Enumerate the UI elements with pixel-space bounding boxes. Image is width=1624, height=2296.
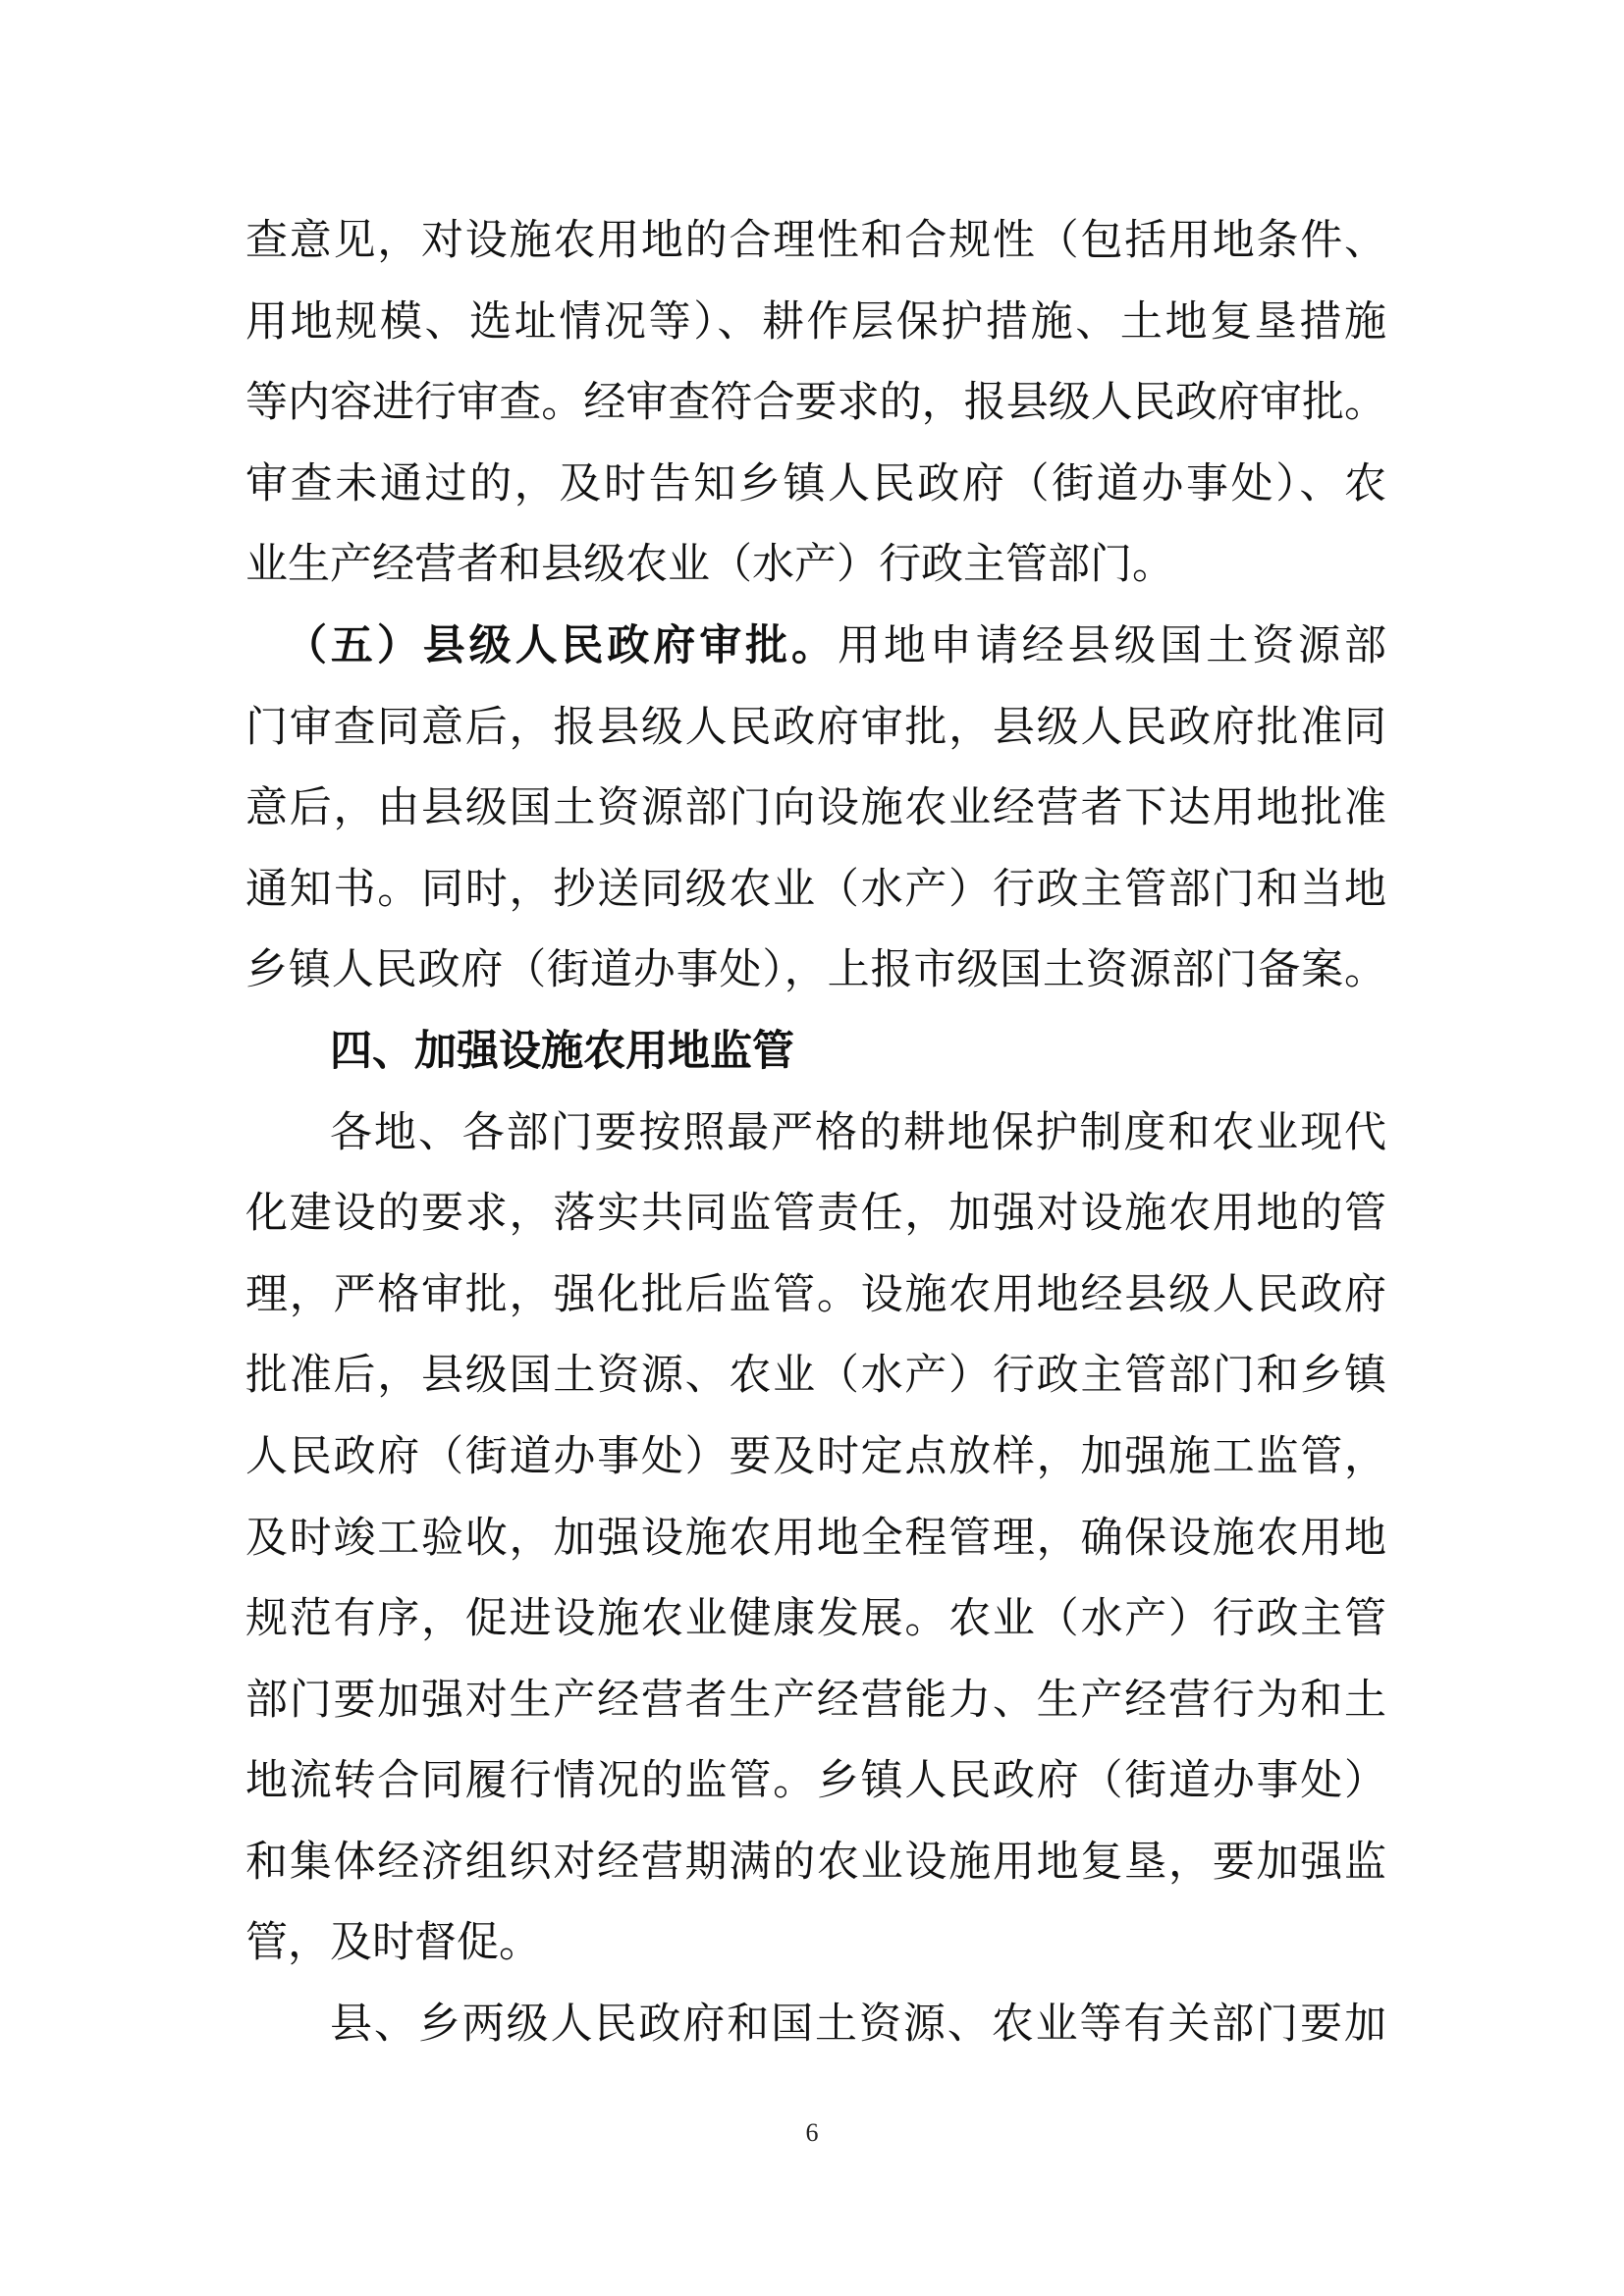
document-body: 查意见，对设施农用地的合理性和合规性（包括用地条件、 用地规模、选址情况等）、耕… [245, 209, 1386, 2074]
text-line: 管，及时督促。 [245, 1911, 1386, 1993]
text-line: 理，严格审批，强化批后监管。设施农用地经县级人民政府 [245, 1263, 1386, 1345]
text-line: 规范有序，促进设施农业健康发展。农业（水产）行政主管 [245, 1587, 1386, 1669]
text-line: 意后，由县级国土资源部门向设施农业经营者下达用地批准 [245, 776, 1386, 858]
text-line: 审查未通过的，及时告知乡镇人民政府（街道办事处）、农 [245, 453, 1386, 534]
section-five-lead-line: （五）县级人民政府审批。用地申请经县级国土资源部 [245, 614, 1386, 696]
text-line: 地流转合同履行情况的监管。乡镇人民政府（街道办事处） [245, 1749, 1386, 1831]
text-line: 化建设的要求，落实共同监管责任，加强对设施农用地的管 [245, 1182, 1386, 1263]
text-line: 查意见，对设施农用地的合理性和合规性（包括用地条件、 [245, 209, 1386, 291]
section-heading-four: 四、加强设施农用地监管 [245, 1020, 1386, 1101]
paragraph-first-line: 县、乡两级人民政府和国土资源、农业等有关部门要加 [245, 1993, 1386, 2074]
text-line: 通知书。同时，抄送同级农业（水产）行政主管部门和当地 [245, 858, 1386, 939]
page-number: 6 [0, 2118, 1624, 2148]
text-line: 人民政府（街道办事处）要及时定点放样，加强施工监管， [245, 1425, 1386, 1507]
text-line: 和集体经济组织对经营期满的农业设施用地复垦，要加强监 [245, 1831, 1386, 1912]
text-line: 乡镇人民政府（街道办事处），上报市级国土资源部门备案。 [245, 938, 1386, 1020]
text-line: 部门要加强对生产经营者生产经营能力、生产经营行为和土 [245, 1669, 1386, 1750]
section-five-text: 用地申请经县级国土资源部 [838, 621, 1386, 670]
text-line: 等内容进行审查。经审查符合要求的，报县级人民政府审批。 [245, 371, 1386, 453]
document-page: 查意见，对设施农用地的合理性和合规性（包括用地条件、 用地规模、选址情况等）、耕… [0, 0, 1624, 2296]
text-line: 业生产经营者和县级农业（水产）行政主管部门。 [245, 533, 1386, 614]
text-line: 批准后，县级国土资源、农业（水产）行政主管部门和乡镇 [245, 1344, 1386, 1425]
text-line: 用地规模、选址情况等）、耕作层保护措施、土地复垦措施 [245, 291, 1386, 372]
section-five-title: （五）县级人民政府审批。 [285, 621, 838, 670]
paragraph-first-line: 各地、各部门要按照最严格的耕地保护制度和农业现代 [245, 1101, 1386, 1183]
text-line: 门审查同意后，报县级人民政府审批，县级人民政府批准同 [245, 696, 1386, 777]
text-line: 及时竣工验收，加强设施农用地全程管理，确保设施农用地 [245, 1507, 1386, 1588]
